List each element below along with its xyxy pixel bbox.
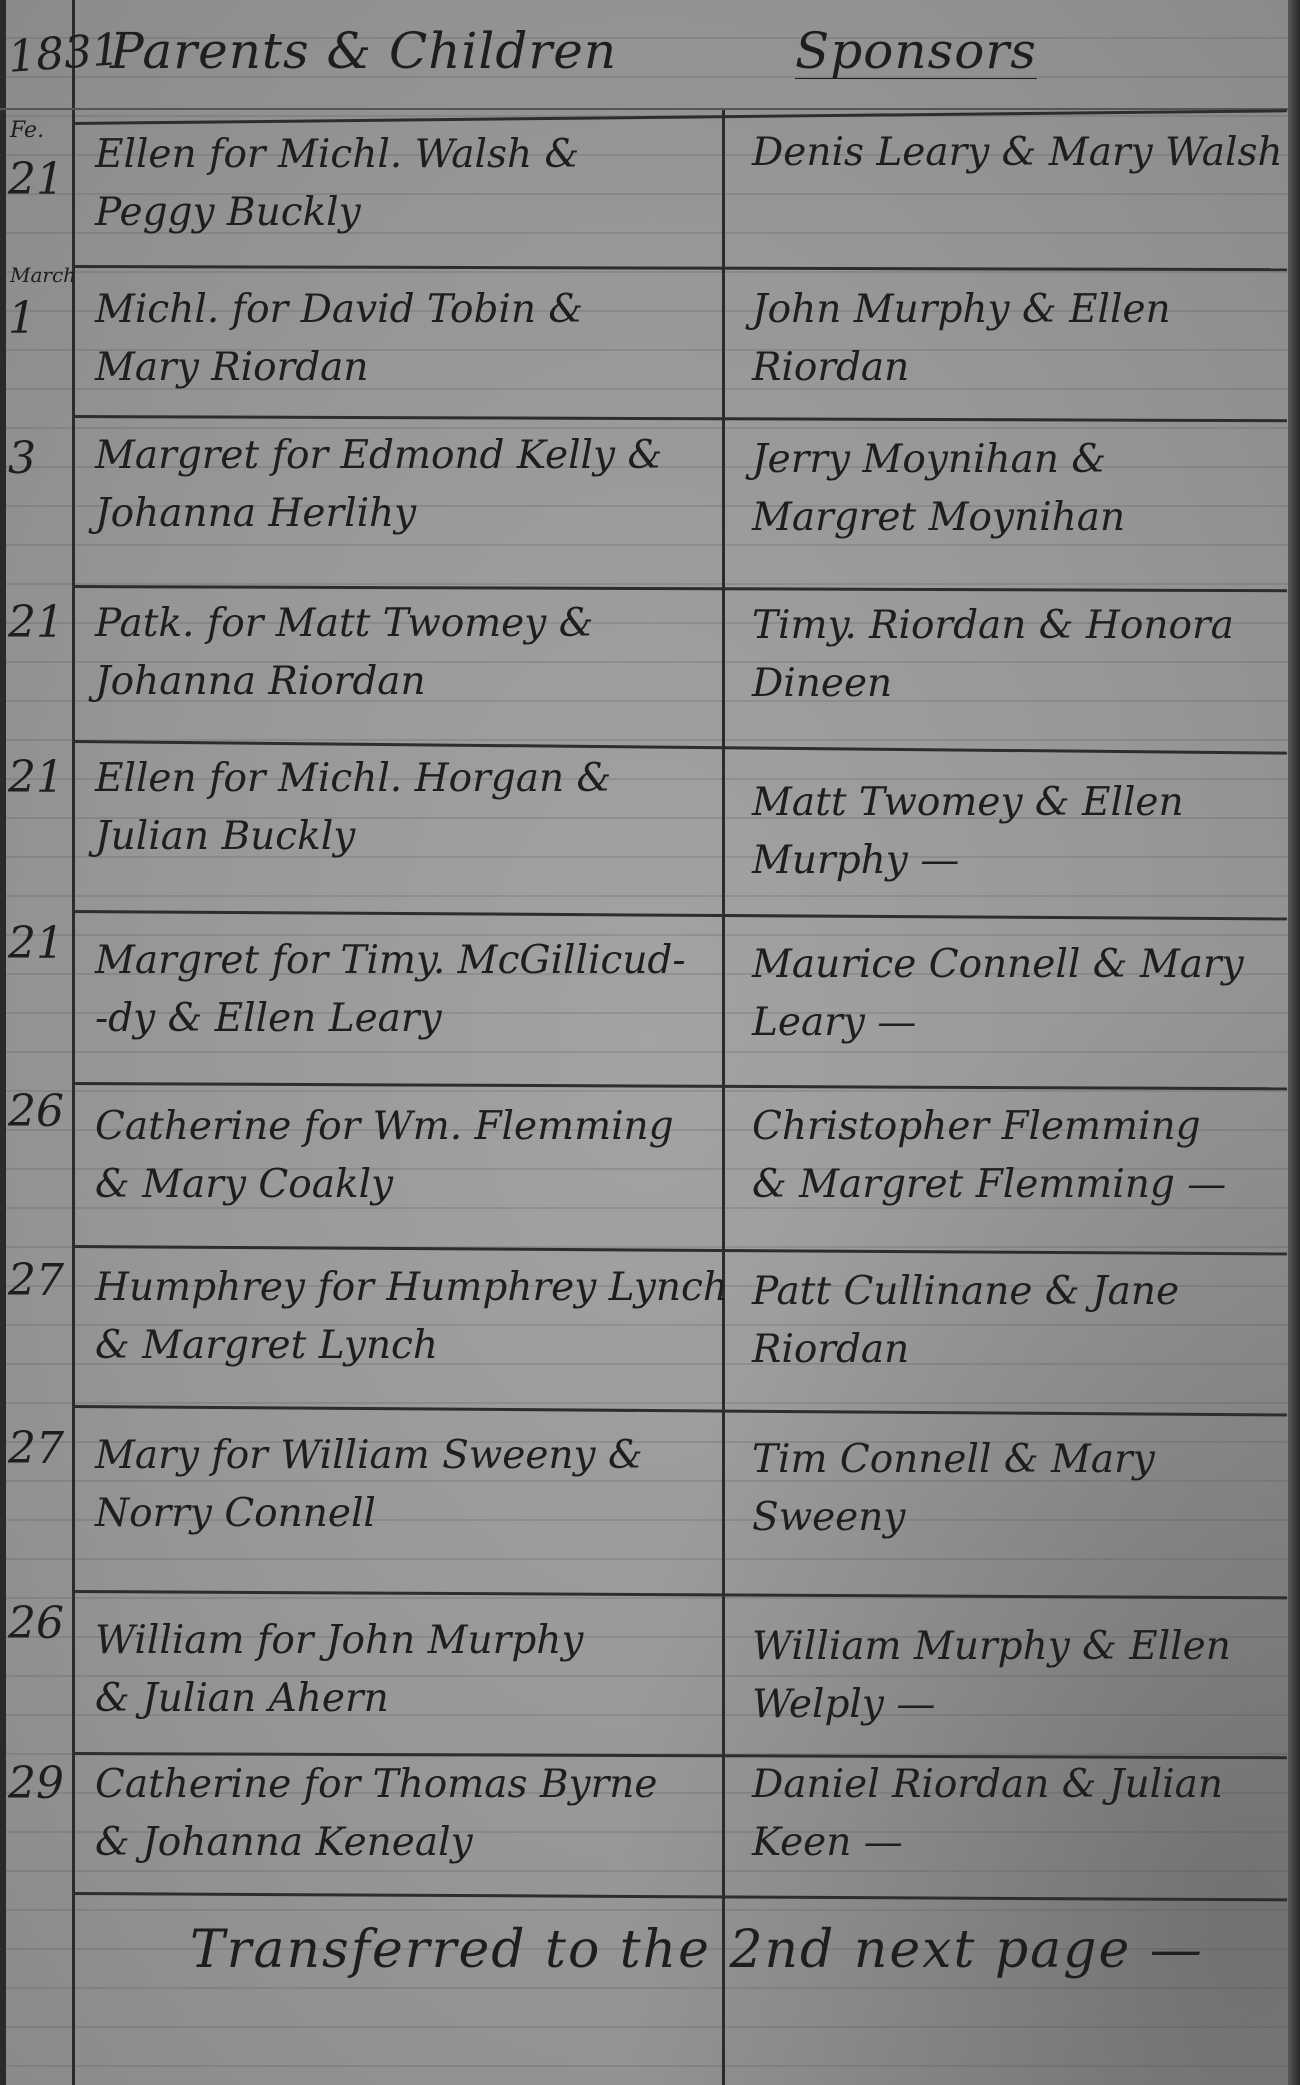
register-entry: 21 Ellen for Michl. Horgan & Julian Buck…: [0, 740, 1290, 910]
entry-sponsors: Patt Cullinane & Jane Riordan: [752, 1263, 1287, 1379]
entry-month: March: [10, 263, 76, 287]
sponsor-line: Riordan: [752, 339, 1287, 397]
sponsor-line: Murphy —: [752, 832, 1287, 890]
column-header-sponsors: Sponsors: [795, 22, 1037, 80]
entry-sponsors: Daniel Riordan & Julian Keen —: [752, 1756, 1287, 1872]
entry-line: & Margret Lynch: [95, 1317, 715, 1375]
entry-child-parents: Margret for Timy. McGillicud- -dy & Elle…: [95, 932, 715, 1048]
entry-day: 21: [8, 756, 68, 800]
sponsor-line: Margret Moynihan: [752, 489, 1287, 547]
sponsor-line: John Murphy & Ellen: [752, 281, 1287, 339]
entry-day: 21: [8, 601, 68, 645]
entry-line: Norry Connell: [95, 1485, 715, 1543]
entry-line: Margret for Timy. McGillicud-: [95, 932, 715, 990]
entry-child-parents: Ellen for Michl. Horgan & Julian Buckly: [95, 750, 715, 866]
entry-line: Ellen for Michl. Horgan &: [95, 750, 715, 808]
register-entry: 29 Catherine for Thomas Byrne & Johanna …: [0, 1752, 1290, 1892]
entry-line: Catherine for Wm. Flemming: [95, 1098, 715, 1156]
entry-child-parents: Mary for William Sweeny & Norry Connell: [95, 1427, 715, 1543]
entry-sponsors: Jerry Moynihan & Margret Moynihan: [752, 431, 1287, 547]
entry-child-parents: Michl. for David Tobin & Mary Riordan: [95, 281, 715, 397]
entry-day: 21: [8, 922, 68, 966]
entry-line: Mary Riordan: [95, 339, 715, 397]
entry-child-parents: Humphrey for Humphrey Lynch & Margret Ly…: [95, 1259, 715, 1375]
register-entry: 21 Patk. for Matt Twomey & Johanna Riord…: [0, 585, 1290, 740]
entry-line: Julian Buckly: [95, 808, 715, 866]
entry-day: 29: [8, 1762, 68, 1806]
entry-child-parents: Margret for Edmond Kelly & Johanna Herli…: [95, 427, 715, 543]
entry-day: 21: [8, 158, 68, 202]
register-page: 1831 Parents & Children Sponsors Fe. 21 …: [0, 0, 1300, 2085]
entry-sponsors: Christopher Flemming & Margret Flemming …: [752, 1098, 1287, 1214]
sponsor-line: Leary —: [752, 994, 1287, 1052]
entry-line: Ellen for Michl. Walsh &: [95, 126, 715, 184]
entry-day: 26: [8, 1602, 68, 1646]
sponsor-line: Dineen: [752, 655, 1287, 713]
row-separator: [72, 1892, 1287, 1901]
sponsor-line: William Murphy & Ellen: [752, 1618, 1287, 1676]
register-year: 1831: [6, 24, 121, 83]
sponsor-line: Keen —: [752, 1814, 1287, 1872]
sponsor-line: Denis Leary & Mary Walsh: [752, 124, 1287, 182]
entry-child-parents: Ellen for Michl. Walsh & Peggy Buckly: [95, 126, 715, 242]
sponsor-line: Maurice Connell & Mary: [752, 936, 1287, 994]
sponsor-line: Jerry Moynihan &: [752, 431, 1287, 489]
entry-line: Mary for William Sweeny &: [95, 1427, 715, 1485]
sponsor-line: Riordan: [752, 1321, 1287, 1379]
entry-day: 1: [8, 297, 68, 341]
entry-sponsors: Denis Leary & Mary Walsh: [752, 124, 1287, 182]
entry-month: Fe.: [10, 118, 44, 143]
entry-line: & Johanna Kenealy: [95, 1814, 715, 1872]
entry-line: -dy & Ellen Leary: [95, 990, 715, 1048]
sponsor-line: Sweeny: [752, 1489, 1287, 1547]
entry-sponsors: John Murphy & Ellen Riordan: [752, 281, 1287, 397]
entry-line: Johanna Riordan: [95, 653, 715, 711]
entry-sponsors: William Murphy & Ellen Welply —: [752, 1618, 1287, 1734]
entry-child-parents: Catherine for Thomas Byrne & Johanna Ken…: [95, 1756, 715, 1872]
entry-child-parents: William for John Murphy & Julian Ahern: [95, 1612, 715, 1728]
register-entry: March 1 Michl. for David Tobin & Mary Ri…: [0, 265, 1290, 415]
entry-line: William for John Murphy: [95, 1612, 715, 1670]
entry-sponsors: Matt Twomey & Ellen Murphy —: [752, 774, 1287, 890]
sponsor-line: Welply —: [752, 1676, 1287, 1734]
column-header-parents-children: Parents & Children: [110, 22, 617, 80]
entry-sponsors: Maurice Connell & Mary Leary —: [752, 936, 1287, 1052]
entry-day: 27: [8, 1427, 68, 1471]
entry-child-parents: Patk. for Matt Twomey & Johanna Riordan: [95, 595, 715, 711]
header-rule: [0, 108, 1290, 110]
sponsor-line: Matt Twomey & Ellen: [752, 774, 1287, 832]
entry-day: 3: [8, 437, 68, 481]
entry-line: Margret for Edmond Kelly &: [95, 427, 715, 485]
entry-line: Michl. for David Tobin &: [95, 281, 715, 339]
register-entry: 27 Humphrey for Humphrey Lynch & Margret…: [0, 1245, 1290, 1405]
entry-line: & Mary Coakly: [95, 1156, 715, 1214]
register-entry: 21 Margret for Timy. McGillicud- -dy & E…: [0, 910, 1290, 1082]
transfer-note: Transferred to the 2nd next page —: [190, 1920, 1204, 1980]
sponsor-line: Tim Connell & Mary: [752, 1431, 1287, 1489]
entry-line: Peggy Buckly: [95, 184, 715, 242]
entry-day: 27: [8, 1259, 68, 1303]
entry-line: Johanna Herlihy: [95, 485, 715, 543]
register-entry: 26 Catherine for Wm. Flemming & Mary Coa…: [0, 1082, 1290, 1245]
entry-line: Humphrey for Humphrey Lynch: [95, 1259, 715, 1317]
entry-day: 26: [8, 1090, 68, 1134]
sponsor-line: Christopher Flemming: [752, 1098, 1287, 1156]
entry-line: & Julian Ahern: [95, 1670, 715, 1728]
entry-line: Catherine for Thomas Byrne: [95, 1756, 715, 1814]
sponsor-line: Timy. Riordan & Honora: [752, 597, 1287, 655]
entry-line: Patk. for Matt Twomey &: [95, 595, 715, 653]
entry-sponsors: Tim Connell & Mary Sweeny: [752, 1431, 1287, 1547]
register-entry: 26 William for John Murphy & Julian Aher…: [0, 1590, 1290, 1752]
sponsor-line: Daniel Riordan & Julian: [752, 1756, 1287, 1814]
entry-sponsors: Timy. Riordan & Honora Dineen: [752, 597, 1287, 713]
register-entry: 27 Mary for William Sweeny & Norry Conne…: [0, 1405, 1290, 1590]
register-entry: Fe. 21 Ellen for Michl. Walsh & Peggy Bu…: [0, 122, 1290, 265]
register-entry: 3 Margret for Edmond Kelly & Johanna Her…: [0, 415, 1290, 585]
sponsor-line: & Margret Flemming —: [752, 1156, 1287, 1214]
sponsor-line: Patt Cullinane & Jane: [752, 1263, 1287, 1321]
entry-child-parents: Catherine for Wm. Flemming & Mary Coakly: [95, 1098, 715, 1214]
